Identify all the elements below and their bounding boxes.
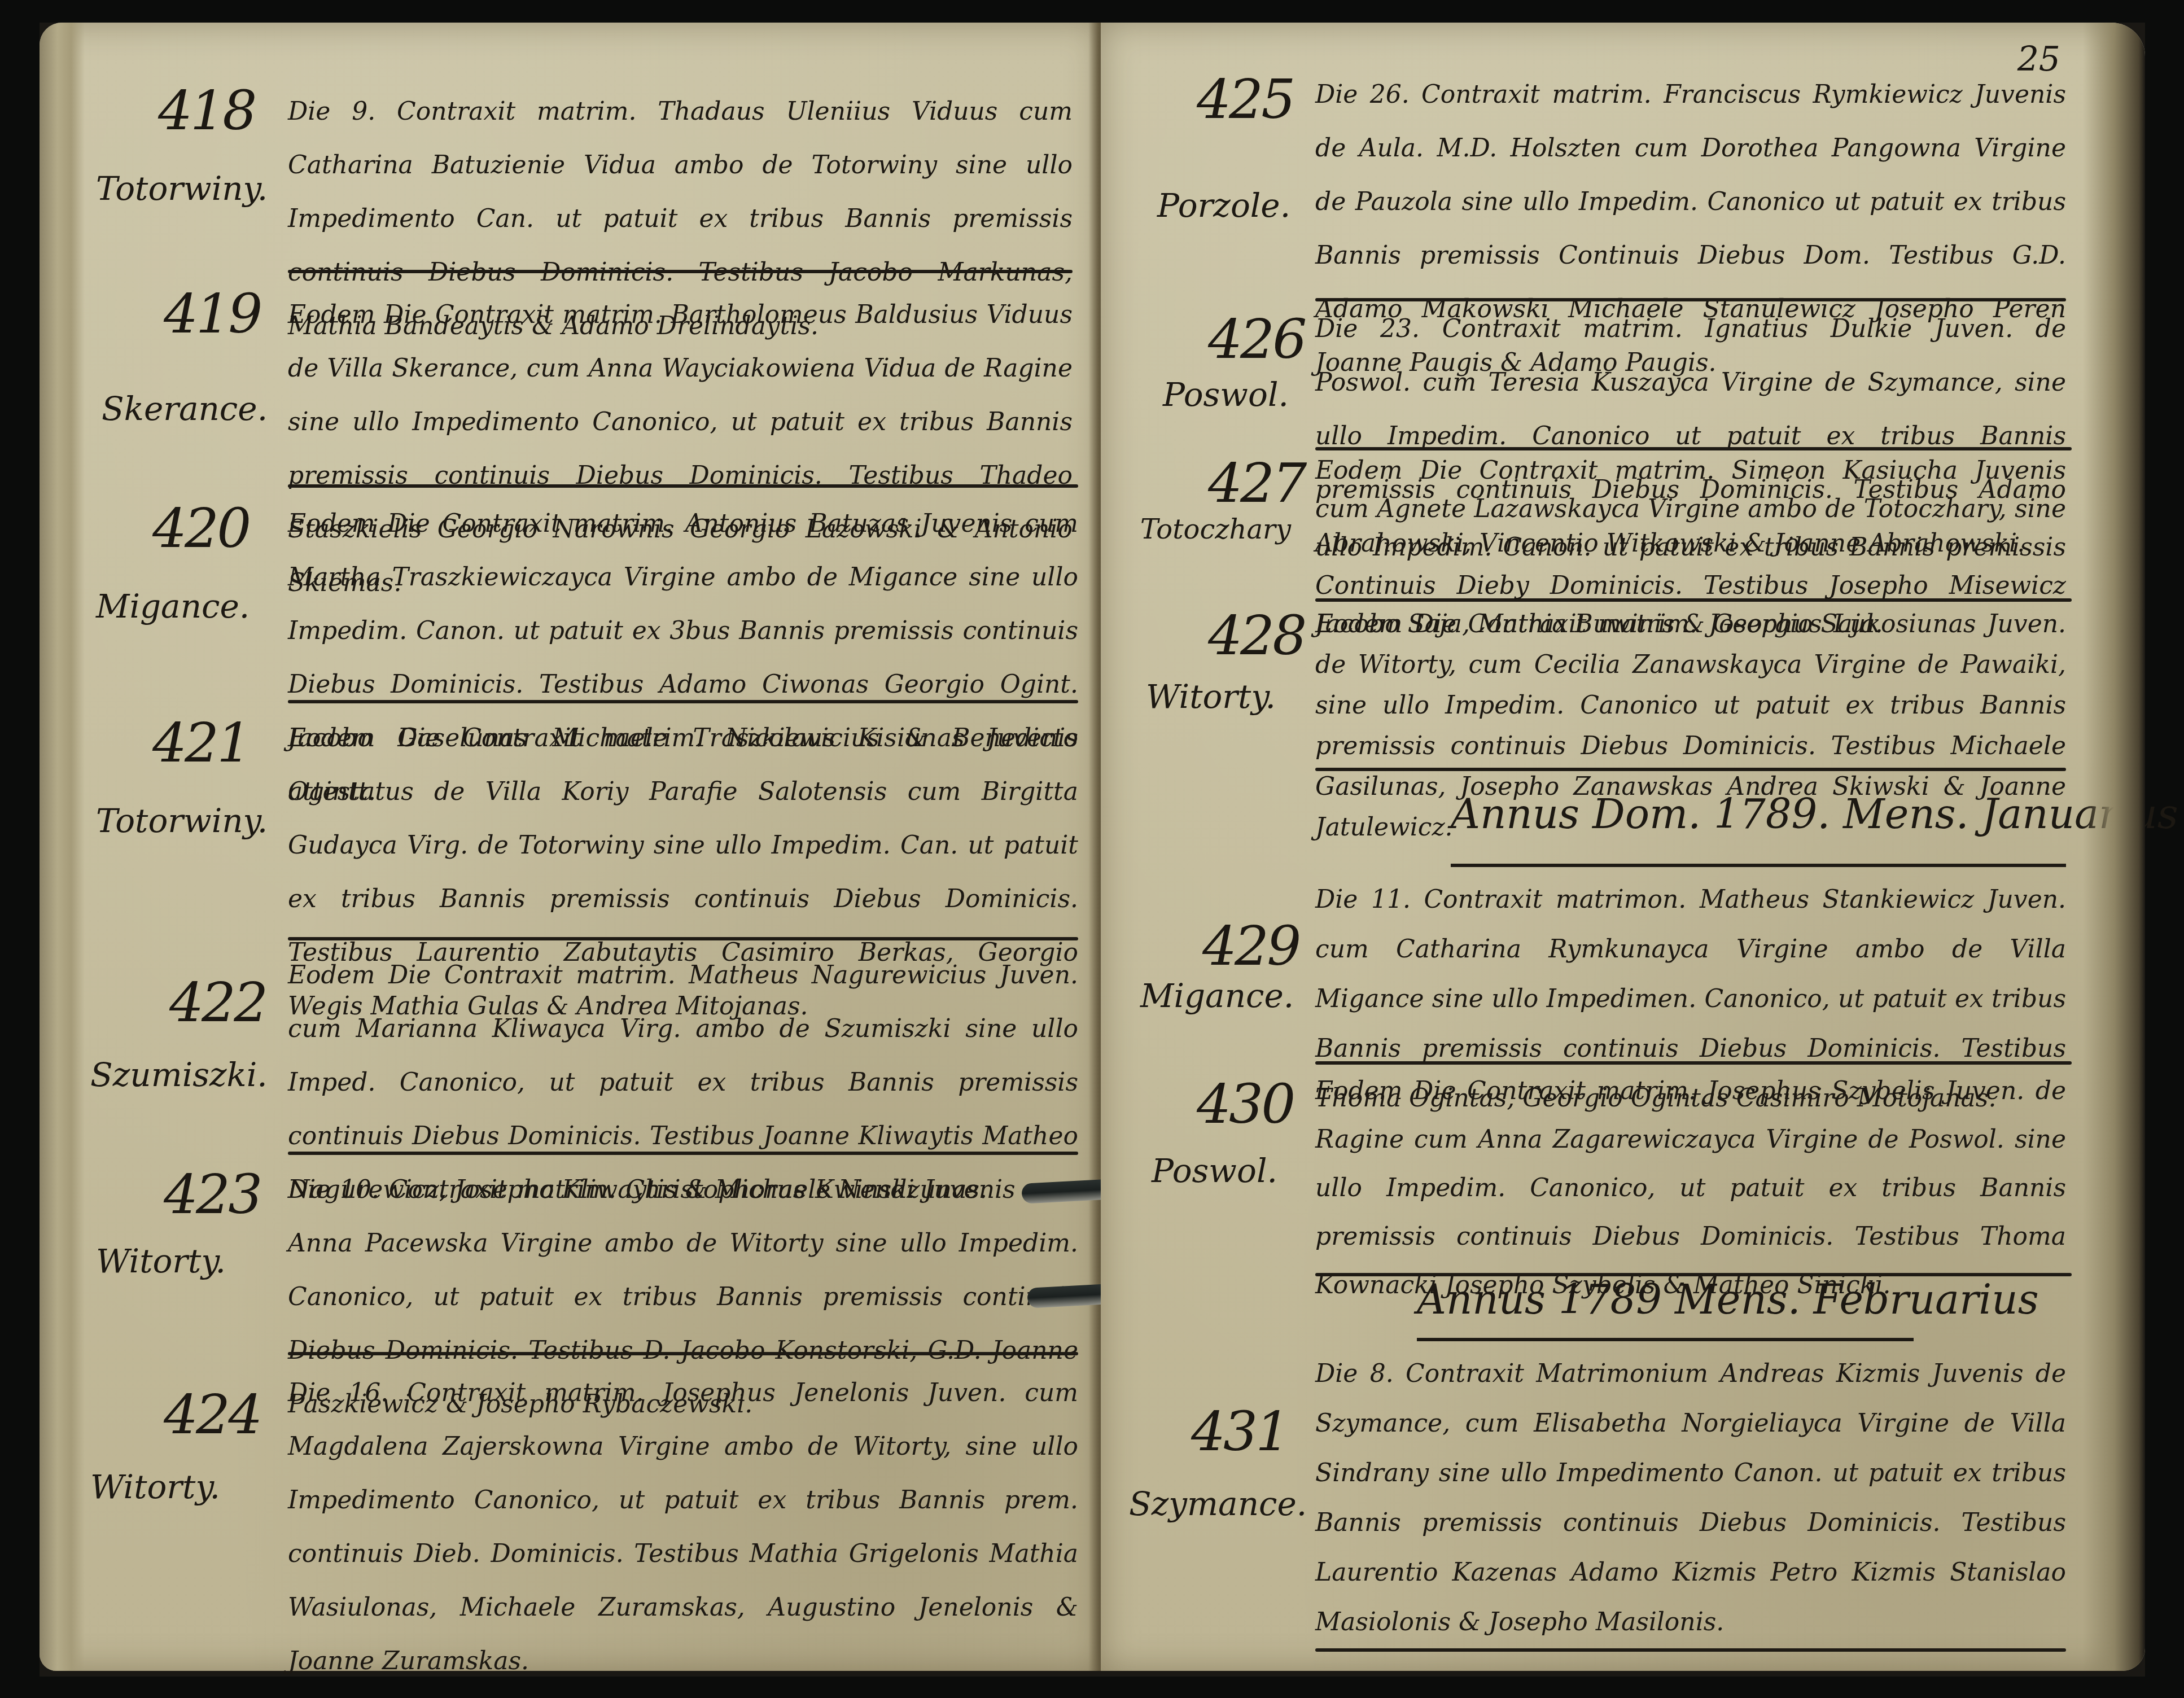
entry-divider (1315, 598, 2072, 602)
entry-place: Poswol. (1163, 375, 1289, 414)
right-page: 25 425 Porzole. Die 26. Contraxit matrim… (1101, 23, 2145, 1671)
entry-divider (288, 484, 1078, 488)
entry-number: 421 (152, 711, 249, 774)
entry-number: 419 (164, 282, 260, 345)
entry-place: Poswol. (1152, 1152, 1277, 1190)
entry-place: Totoczhary (1140, 514, 1291, 545)
entry-place: Migance. (1140, 977, 1294, 1015)
entry-number: 426 (1208, 308, 1305, 371)
entry-divider (288, 700, 1078, 703)
entry-place: Porzole. (1157, 186, 1290, 225)
section-heading-january-1789: Annus Dom. 1789. Mens. Januarius (1451, 790, 2178, 838)
entry-text: Die 8. Contraxit Matrimonium Andreas Kiz… (1315, 1349, 2066, 1647)
entry-number: 425 (1197, 68, 1293, 131)
entry-number: 428 (1208, 604, 1305, 667)
entry-place: Witorty. (96, 1242, 226, 1280)
entry-text: Die 16. Contraxit matrim. Josephus Jenel… (288, 1366, 1078, 1688)
entry-number: 423 (164, 1163, 260, 1226)
entry-divider (288, 1152, 1078, 1155)
entry-number: 424 (164, 1383, 260, 1446)
entry-place: Szumiszki. (90, 1056, 268, 1094)
entry-place: Witorty. (90, 1468, 220, 1506)
entry-place: Witorty. (1146, 677, 1276, 716)
open-register-book: 418 Totorwiny. Die 9. Contraxit matrim. … (40, 23, 2145, 1677)
entry-number: 418 (158, 79, 255, 142)
entry-divider (1315, 1061, 2072, 1065)
entry-number: 431 (1191, 1400, 1288, 1463)
entry-place: Skerance. (102, 390, 268, 428)
entry-number: 430 (1197, 1073, 1293, 1136)
entry-number: 422 (169, 971, 266, 1034)
entry-divider (1315, 1648, 2066, 1652)
entry-number: 429 (1202, 914, 1299, 978)
entry-divider (288, 937, 1078, 940)
heading-underline (1417, 1338, 1914, 1341)
entry-divider (1315, 447, 2072, 450)
entry-number: 427 (1208, 452, 1305, 515)
section-heading-february-1789: Annus 1789 Mens. Februarius (1417, 1276, 2039, 1323)
entry-place: Totorwiny. (96, 802, 268, 840)
entry-place: Szymance. (1129, 1485, 1307, 1523)
left-page: 418 Totorwiny. Die 9. Contraxit matrim. … (40, 23, 1101, 1671)
entry-place: Totorwiny. (96, 169, 268, 208)
entry-divider (1315, 298, 2066, 301)
entry-divider (288, 1352, 1078, 1355)
entry-number: 420 (152, 497, 249, 560)
heading-underline (1451, 864, 2066, 867)
entry-divider (1315, 768, 2066, 771)
entry-divider (288, 270, 1073, 273)
entry-place: Migance. (96, 587, 250, 625)
